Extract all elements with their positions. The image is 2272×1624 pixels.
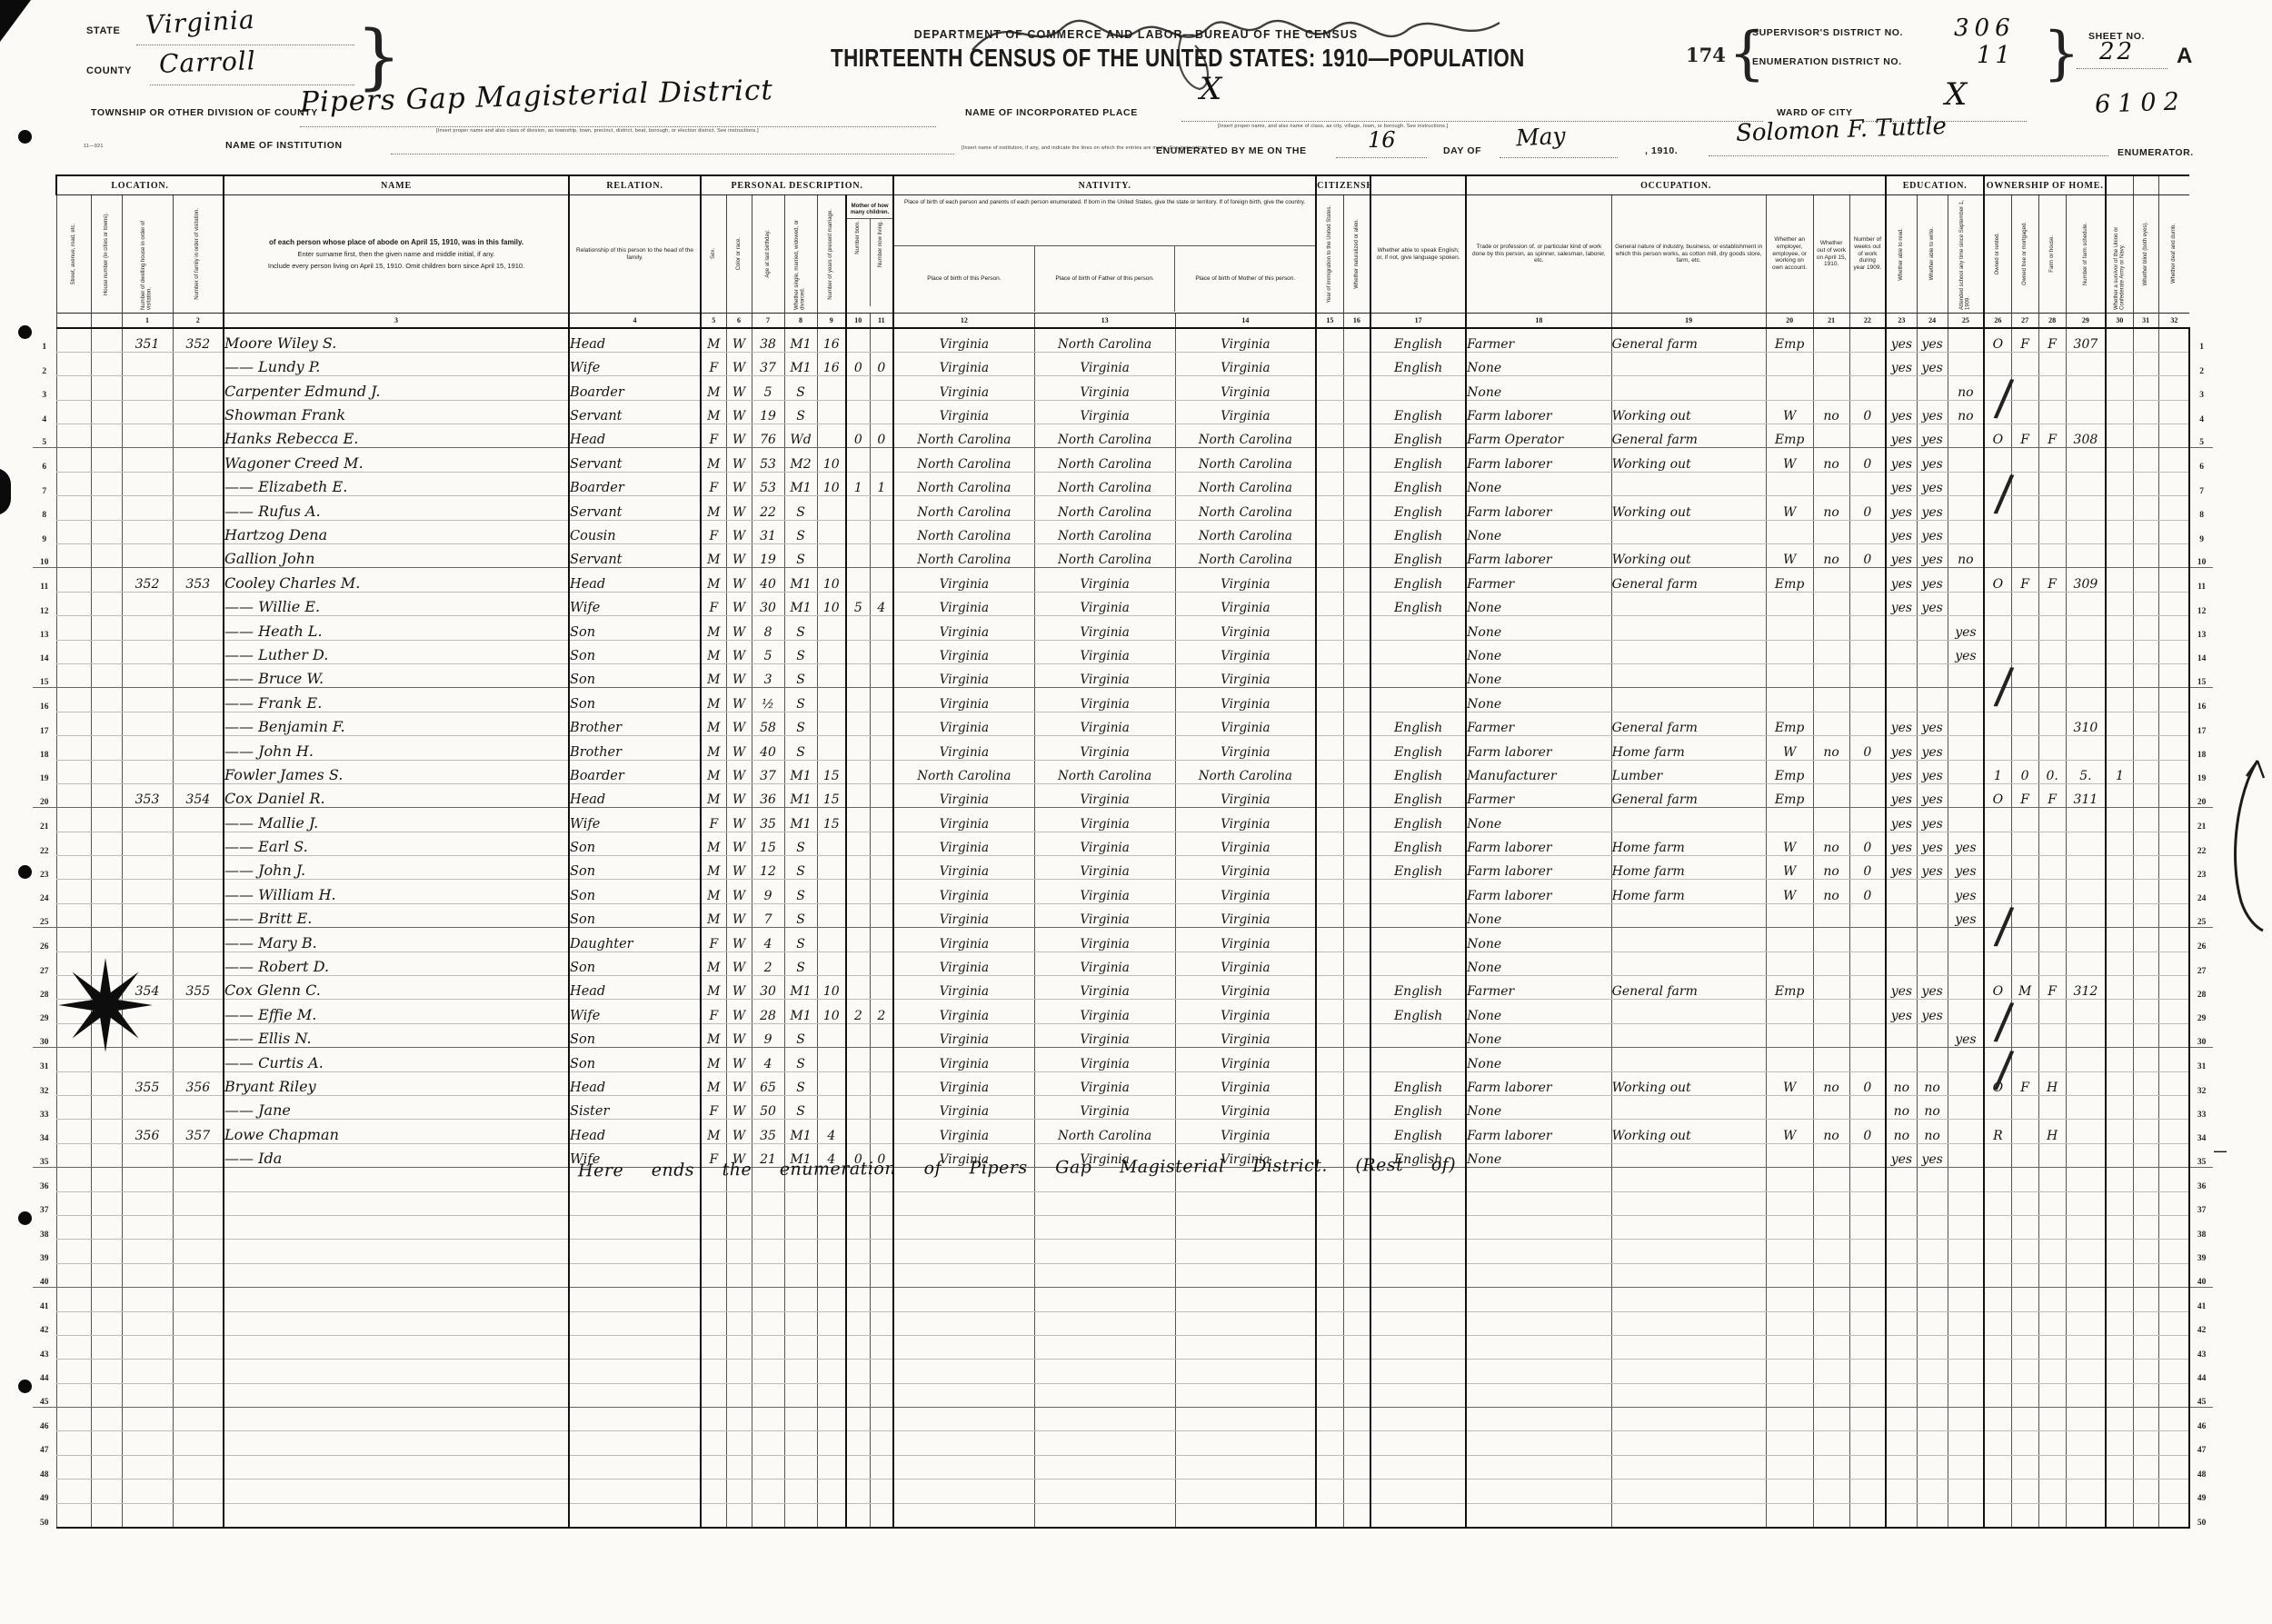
cell-write — [1917, 688, 1948, 712]
cell-age — [752, 1480, 784, 1503]
cell-survivor — [2106, 1240, 2133, 1263]
cell-write: yes — [1917, 856, 1948, 880]
punch-hole — [18, 865, 32, 879]
cell-english: English — [1370, 832, 1466, 855]
cell-color: W — [726, 496, 752, 520]
cell-sex: M — [701, 496, 726, 520]
cell-dwelling — [122, 1455, 173, 1479]
cell-born — [846, 1360, 870, 1383]
cell-blind — [2133, 328, 2158, 352]
cell-living — [870, 1431, 893, 1455]
column-desc-mother: Mother of how many children.Number born.… — [846, 195, 893, 314]
cell-bpm: North Carolina — [1175, 520, 1316, 543]
cell-read: no — [1886, 1096, 1917, 1120]
row-number-right: 39 — [2189, 1240, 2213, 1263]
cell-living: 2 — [870, 1000, 893, 1023]
cell-living — [870, 951, 893, 975]
cell-owned — [1984, 616, 2011, 640]
cell-weeks: 0 — [1849, 496, 1886, 520]
cell-age: 19 — [752, 400, 784, 423]
column-number-age: 7 — [752, 314, 784, 329]
cell-survivor — [2106, 832, 2133, 855]
cell-school — [1948, 1383, 1984, 1407]
cell-age: 4 — [752, 1048, 784, 1071]
cell-nat — [1343, 1288, 1370, 1311]
group-education-: EDUCATION. — [1886, 175, 1984, 195]
cell-imm — [1316, 640, 1343, 663]
cell-family — [173, 663, 224, 687]
cell-school — [1948, 783, 1984, 807]
column-number-write: 24 — [1917, 314, 1948, 329]
column-number-color: 6 — [726, 314, 752, 329]
cell-industry — [1611, 472, 1766, 495]
cell-deaf — [2158, 808, 2189, 832]
cell-emp — [1766, 1023, 1813, 1047]
punch-hole — [18, 1380, 32, 1393]
cell-weeks — [1849, 1168, 1886, 1191]
cell-write — [1917, 1215, 1948, 1239]
cell-house — [91, 1503, 122, 1527]
cell-age: 4 — [752, 928, 784, 951]
cell-write: no — [1917, 1071, 1948, 1095]
cell-street — [56, 1383, 91, 1407]
cell-sex: M — [701, 1048, 726, 1071]
census-title: THIRTEENTH CENSUS OF THE UNITED STATES: … — [831, 44, 1441, 73]
cell-street — [56, 928, 91, 951]
cell-born — [846, 1071, 870, 1095]
cell-survivor — [2106, 376, 2133, 400]
cell-born — [846, 976, 870, 1000]
cell-living — [870, 448, 893, 472]
cell-bpf: North Carolina — [1034, 472, 1175, 495]
cell-marital: S — [784, 1071, 817, 1095]
cell-industry — [1611, 903, 1766, 927]
cell-weeks — [1849, 1480, 1886, 1503]
row-number-left: 19 — [33, 760, 56, 783]
cell-born — [846, 640, 870, 663]
cell-street — [56, 1335, 91, 1359]
cell-outwork: no — [1813, 736, 1849, 760]
cell-industry — [1611, 1288, 1766, 1311]
cell-survivor — [2106, 1263, 2133, 1287]
cell-industry — [1611, 1408, 1766, 1431]
cell-street — [56, 472, 91, 495]
name-desc-line: Include every person living on April 15,… — [228, 262, 564, 270]
cell-street — [56, 1191, 91, 1215]
cell-house — [91, 1335, 122, 1359]
cell-bpm — [1175, 1455, 1316, 1479]
cell-house — [91, 424, 122, 448]
cell-dwelling — [122, 496, 173, 520]
table-head: LOCATION.NAMERELATION.PERSONAL DESCRIPTI… — [33, 175, 2213, 328]
cell-trade — [1466, 1191, 1611, 1215]
cell-farm — [2038, 808, 2066, 832]
table-row: 31—— Curtis A.SonMW4SVirginiaVirginiaVir… — [33, 1048, 2213, 1071]
cell-dwelling — [122, 688, 173, 712]
cell-bpm: Virginia — [1175, 352, 1316, 375]
cell-survivor — [2106, 783, 2133, 807]
cell-outwork — [1813, 1455, 1849, 1479]
cell-english — [1370, 1335, 1466, 1359]
cell-born — [846, 1480, 870, 1503]
cell-bp: North Carolina — [893, 424, 1034, 448]
cell-emp — [1766, 1000, 1813, 1023]
cell-sex: M — [701, 1071, 726, 1095]
cell-owned — [1984, 1215, 2011, 1239]
margin-flourish — [2221, 756, 2267, 938]
cell-family — [173, 1383, 224, 1407]
cell-family — [173, 856, 224, 880]
cell-bp: North Carolina — [893, 760, 1034, 783]
cell-marital — [784, 1288, 817, 1311]
cell-farm — [2038, 1408, 2066, 1431]
cell-imm — [1316, 1360, 1343, 1383]
row-number-right: 49 — [2189, 1480, 2213, 1503]
cell-school — [1948, 663, 1984, 687]
cell-outwork — [1813, 328, 1849, 352]
cell-write: yes — [1917, 760, 1948, 783]
cell-family — [173, 424, 224, 448]
cell-age: 5 — [752, 640, 784, 663]
cell-farm — [2038, 520, 2066, 543]
cell-weeks: 0 — [1849, 1120, 1886, 1143]
cell-bp: Virginia — [893, 1048, 1034, 1071]
cell-color: W — [726, 544, 752, 568]
cell-owned — [1984, 1191, 2011, 1215]
row-number-left: 48 — [33, 1455, 56, 1479]
cell-sched — [2066, 400, 2106, 423]
cell-outwork — [1813, 616, 1849, 640]
cell-yrs — [817, 1191, 846, 1215]
cell-industry — [1611, 1263, 1766, 1287]
cell-trade — [1466, 1455, 1611, 1479]
cell-street — [56, 448, 91, 472]
cell-relation: Son — [569, 856, 701, 880]
cell-sex: M — [701, 688, 726, 712]
cell-dwelling — [122, 376, 173, 400]
cell-write: yes — [1917, 1000, 1948, 1023]
cell-farm — [2038, 1191, 2066, 1215]
cell-outwork: no — [1813, 856, 1849, 880]
cell-house — [91, 832, 122, 855]
cell-color — [726, 1360, 752, 1383]
cell-bpm — [1175, 1335, 1316, 1359]
cell-free — [2011, 712, 2038, 735]
cell-write: yes — [1917, 352, 1948, 375]
column-desc-text: Color or race. — [736, 237, 742, 270]
cell-bpf: Virginia — [1034, 976, 1175, 1000]
cell-read — [1886, 376, 1917, 400]
column-number-survivor: 30 — [2106, 314, 2133, 329]
cell-survivor: 1 — [2106, 760, 2133, 783]
row-number-left: 34 — [33, 1120, 56, 1143]
cell-dwelling — [122, 1096, 173, 1120]
cell-living — [870, 808, 893, 832]
table-row: 10Gallion JohnServantMW19SNorth Carolina… — [33, 544, 2213, 568]
cell-family — [173, 1480, 224, 1503]
cell-marital: M1 — [784, 1000, 817, 1023]
cell-industry: Home farm — [1611, 856, 1766, 880]
cell-house — [91, 1191, 122, 1215]
cell-outwork — [1813, 1383, 1849, 1407]
cell-outwork — [1813, 1408, 1849, 1431]
cell-trade: None — [1466, 1096, 1611, 1120]
cell-blind — [2133, 903, 2158, 927]
table-row: 21—— Mallie J.WifeFW35M115VirginiaVirgin… — [33, 808, 2213, 832]
cell-industry — [1611, 1455, 1766, 1479]
cell-dwelling — [122, 1191, 173, 1215]
cell-english: English — [1370, 592, 1466, 615]
cell-read — [1886, 663, 1917, 687]
row-number-left: 28 — [33, 976, 56, 1000]
row-number-left: 4 — [33, 400, 56, 423]
cell-age — [752, 1408, 784, 1431]
cell-sched — [2066, 1023, 2106, 1047]
cell-weeks — [1849, 352, 1886, 375]
column-number-emp: 20 — [1766, 314, 1813, 329]
cell-trade — [1466, 1311, 1611, 1335]
cell-blind — [2133, 808, 2158, 832]
cell-nat — [1343, 1431, 1370, 1455]
cell-weeks — [1849, 903, 1886, 927]
cell-relation: Servant — [569, 496, 701, 520]
cell-emp: W — [1766, 880, 1813, 903]
cell-school — [1948, 1480, 1984, 1503]
cell-street — [56, 1168, 91, 1191]
cell-school: no — [1948, 376, 1984, 400]
cell-emp: Emp — [1766, 568, 1813, 592]
column-desc-text: Attended school any time since September… — [1959, 198, 1971, 310]
cell-born — [846, 1048, 870, 1071]
cell-owned — [1984, 1311, 2011, 1335]
cell-outwork — [1813, 1360, 1849, 1383]
cell-outwork: no — [1813, 448, 1849, 472]
cell-free — [2011, 1335, 2038, 1359]
enumeration-district-label: Enumeration District No. — [1752, 56, 1902, 67]
cell-dwelling — [122, 1408, 173, 1431]
cell-free — [2011, 592, 2038, 615]
cell-bp: Virginia — [893, 903, 1034, 927]
column-number-english: 17 — [1370, 314, 1466, 329]
cell-read — [1886, 616, 1917, 640]
cell-marital: S — [784, 663, 817, 687]
cell-deaf — [2158, 1215, 2189, 1239]
cell-free — [2011, 856, 2038, 880]
cell-weeks: 0 — [1849, 544, 1886, 568]
column-desc-owned: Owned or rented. — [1984, 195, 2011, 314]
cell-trade: None — [1466, 1023, 1611, 1047]
column-desc-text: Whether able to speak English; or, if no… — [1371, 245, 1465, 264]
cell-living — [870, 712, 893, 735]
cell-sex — [701, 1503, 726, 1527]
cell-bpm: Virginia — [1175, 1048, 1316, 1071]
cell-family — [173, 1215, 224, 1239]
cell-school: yes — [1948, 880, 1984, 903]
cell-bp: Virginia — [893, 352, 1034, 375]
cell-sched — [2066, 1408, 2106, 1431]
cell-imm — [1316, 1191, 1343, 1215]
cell-industry — [1611, 1048, 1766, 1071]
row-number-right: 47 — [2189, 1431, 2213, 1455]
cell-sex: F — [701, 472, 726, 495]
cell-read — [1886, 640, 1917, 663]
cell-english: English — [1370, 568, 1466, 592]
cell-yrs — [817, 1240, 846, 1263]
cell-bpm: Virginia — [1175, 783, 1316, 807]
cell-name: —— Rufus A. — [224, 496, 569, 520]
cell-family: 355 — [173, 976, 224, 1000]
cell-weeks — [1849, 1383, 1886, 1407]
page-stamp: 174 — [1686, 44, 1726, 66]
cell-bpm: Virginia — [1175, 951, 1316, 975]
cell-family — [173, 880, 224, 903]
cell-school — [1948, 1120, 1984, 1143]
cell-born — [846, 1455, 870, 1479]
cell-bpm: Virginia — [1175, 880, 1316, 903]
cell-marital: M2 — [784, 448, 817, 472]
cell-relation: Cousin — [569, 520, 701, 543]
cell-yrs — [817, 688, 846, 712]
cell-marital: S — [784, 616, 817, 640]
cell-english — [1370, 616, 1466, 640]
cell-deaf — [2158, 1120, 2189, 1143]
table-row: 29—— Effie M.WifeFW28M11022VirginiaVirgi… — [33, 1000, 2213, 1023]
cell-born — [846, 1335, 870, 1359]
cell-bpm: Virginia — [1175, 903, 1316, 927]
cell-outwork — [1813, 976, 1849, 1000]
cell-owned: O — [1984, 328, 2011, 352]
cell-dwelling — [122, 1480, 173, 1503]
cell-bpf — [1034, 1455, 1175, 1479]
cell-sex: F — [701, 1000, 726, 1023]
cell-trade — [1466, 1288, 1611, 1311]
cell-weeks — [1849, 976, 1886, 1000]
cell-marital: S — [784, 928, 817, 951]
cell-survivor — [2106, 448, 2133, 472]
cell-farm — [2038, 472, 2066, 495]
cell-school — [1948, 1048, 1984, 1071]
cell-school — [1948, 928, 1984, 951]
row-number-right: 13 — [2189, 616, 2213, 640]
table-row: 24—— William H.SonMW9SVirginiaVirginiaVi… — [33, 880, 2213, 903]
cell-deaf — [2158, 1455, 2189, 1479]
cell-name: Hanks Rebecca E. — [224, 424, 569, 448]
cell-free: F — [2011, 328, 2038, 352]
cell-survivor — [2106, 880, 2133, 903]
cell-deaf — [2158, 568, 2189, 592]
cell-yrs — [817, 496, 846, 520]
cell-owned — [1984, 1503, 2011, 1527]
cell-farm — [2038, 376, 2066, 400]
cell-name: —— Jane — [224, 1096, 569, 1120]
cell-sex — [701, 1215, 726, 1239]
margin-star-icon — [56, 956, 154, 1054]
cell-bp: Virginia — [893, 1120, 1034, 1143]
cell-yrs: 4 — [817, 1120, 846, 1143]
township-note: [Insert proper name and also class of di… — [436, 128, 759, 134]
cell-yrs — [817, 903, 846, 927]
cell-outwork: no — [1813, 400, 1849, 423]
cell-blind — [2133, 1360, 2158, 1383]
row-number-header-right — [2189, 175, 2213, 328]
cell-farm: F — [2038, 328, 2066, 352]
cell-english: English — [1370, 976, 1466, 1000]
cell-street — [56, 903, 91, 927]
cell-family: 354 — [173, 783, 224, 807]
cell-age: 37 — [752, 760, 784, 783]
cell-name: —— Elizabeth E. — [224, 472, 569, 495]
cell-yrs — [817, 832, 846, 855]
cell-survivor — [2106, 1120, 2133, 1143]
cell-outwork — [1813, 472, 1849, 495]
cell-relation — [569, 1191, 701, 1215]
cell-color: W — [726, 592, 752, 615]
cell-family — [173, 712, 224, 735]
cell-yrs — [817, 1311, 846, 1335]
cell-born — [846, 1096, 870, 1120]
cell-street — [56, 1240, 91, 1263]
cell-sex — [701, 1408, 726, 1431]
cell-school — [1948, 496, 1984, 520]
cell-name: —— John H. — [224, 736, 569, 760]
cell-bp — [893, 1335, 1034, 1359]
table-row: 3939 — [33, 1240, 2213, 1263]
cell-write: yes — [1917, 472, 1948, 495]
cell-bp — [893, 1360, 1034, 1383]
cell-relation — [569, 1215, 701, 1239]
cell-write — [1917, 1311, 1948, 1335]
row-number-left: 11 — [33, 568, 56, 592]
column-desc-text: Whether out of work on April 15, 1910. — [1814, 238, 1849, 271]
cell-relation: Son — [569, 640, 701, 663]
cell-outwork — [1813, 1215, 1849, 1239]
table-row: 11352353Cooley Charles M.HeadMW40M110Vir… — [33, 568, 2213, 592]
column-number-sex: 5 — [701, 314, 726, 329]
cell-emp: W — [1766, 448, 1813, 472]
cell-street — [56, 592, 91, 615]
cell-family — [173, 808, 224, 832]
cell-bp — [893, 1431, 1034, 1455]
cell-weeks — [1849, 1455, 1886, 1479]
column-desc-family: Number of family in order of visitation. — [173, 195, 224, 314]
cell-marital — [784, 1215, 817, 1239]
cell-sched — [2066, 640, 2106, 663]
cell-free — [2011, 832, 2038, 855]
cell-color: W — [726, 1023, 752, 1047]
cell-family — [173, 736, 224, 760]
cell-emp — [1766, 592, 1813, 615]
cell-family — [173, 1168, 224, 1191]
cell-bpm: Virginia — [1175, 640, 1316, 663]
cell-english — [1370, 688, 1466, 712]
cell-trade — [1466, 1168, 1611, 1191]
cell-survivor — [2106, 544, 2133, 568]
cell-family — [173, 1240, 224, 1263]
cell-bpf: Virginia — [1034, 1071, 1175, 1095]
cell-bpf: Virginia — [1034, 640, 1175, 663]
cell-living — [870, 1360, 893, 1383]
cell-industry — [1611, 1240, 1766, 1263]
cell-weeks — [1849, 808, 1886, 832]
cell-sched — [2066, 1503, 2106, 1527]
cell-name: —— Ellis N. — [224, 1023, 569, 1047]
cell-emp — [1766, 663, 1813, 687]
cell-free — [2011, 1143, 2038, 1167]
cell-nat — [1343, 1023, 1370, 1047]
cell-weeks — [1849, 712, 1886, 735]
column-desc-sex: Sex. — [701, 195, 726, 314]
table-row: 30—— Ellis N.SonMW9SVirginiaVirginiaVirg… — [33, 1023, 2213, 1047]
